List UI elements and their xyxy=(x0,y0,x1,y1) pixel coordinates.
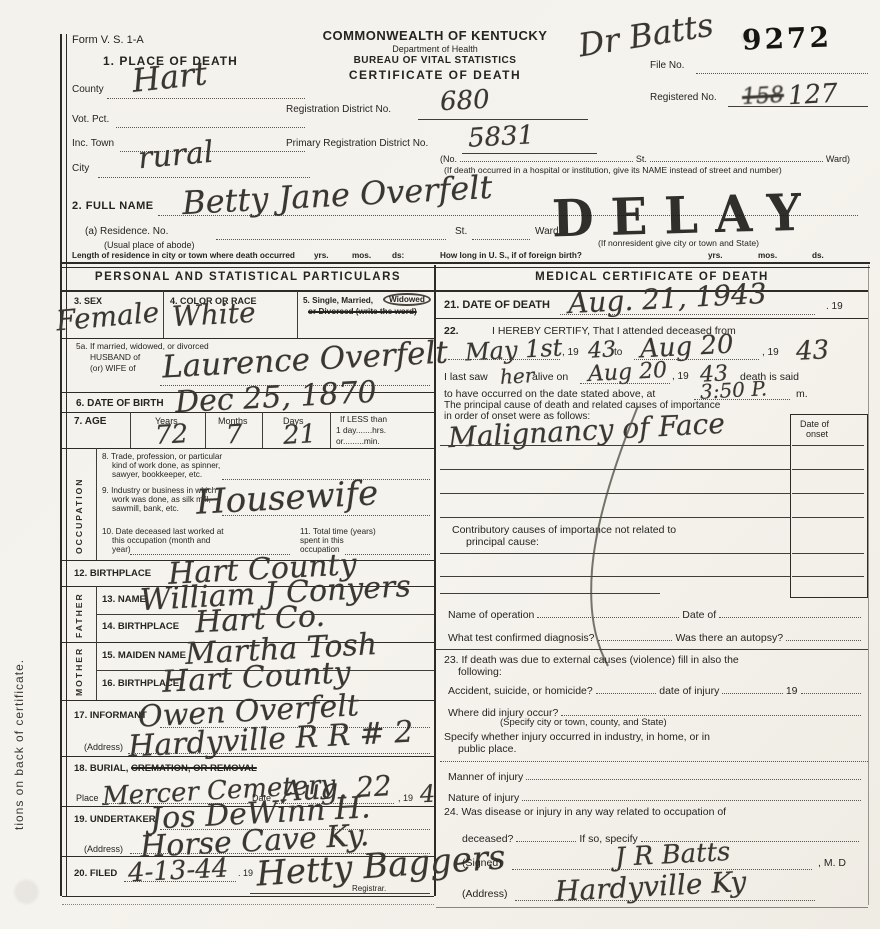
filed-label: 20. FILED xyxy=(74,868,117,879)
onset-box xyxy=(790,414,868,598)
marital-label-2: or Divorced (write the word) xyxy=(308,307,417,316)
age-label: 7. AGE xyxy=(74,416,106,427)
test-label: What test confirmed diagnosis? xyxy=(448,632,595,644)
us-yrs: yrs. xyxy=(708,251,723,260)
informant-label: 17. INFORMANT xyxy=(74,710,147,721)
q23-text-2: following: xyxy=(458,666,502,678)
husband-label-2: HUSBAND of xyxy=(90,352,140,362)
registered-no-label: Registered No. xyxy=(650,92,717,103)
residence-label: (a) Residence. No. xyxy=(85,226,168,237)
no-st-ward-row: (No. St. Ward) xyxy=(440,150,850,164)
file-no-line xyxy=(696,72,868,74)
length-residence-text: Length of residence in city or town wher… xyxy=(72,251,295,260)
dod-label: 21. DATE OF DEATH xyxy=(444,299,550,311)
form-left-border xyxy=(60,34,67,896)
color-cell-divider xyxy=(297,291,298,338)
st-label: St. xyxy=(636,154,647,164)
onset-line-2 xyxy=(792,468,864,470)
reg-district-label: Registration District No. xyxy=(286,104,391,115)
attended-to-word: to xyxy=(614,347,622,358)
onset-line-6 xyxy=(792,575,864,577)
marital-circled-widowed: Widowed xyxy=(383,293,431,306)
burial-year-value: 4 xyxy=(419,780,436,809)
hospital-note: (If death occurred in a hospital or inst… xyxy=(444,165,782,175)
lastsaw-text-1: I last saw xyxy=(444,371,488,383)
contributory-text-2: principal cause: xyxy=(466,536,539,548)
bottom-faint-rule xyxy=(436,906,868,908)
deceased-label: deceased? xyxy=(462,833,513,845)
onset-line-3 xyxy=(792,492,864,494)
occ8-line1: 8. Trade, profession, or particular xyxy=(102,452,222,461)
sex-value: Female xyxy=(55,296,161,338)
city-line xyxy=(98,176,310,178)
section-separator xyxy=(440,760,868,762)
inc-town-label: Inc. Town xyxy=(72,138,114,149)
autopsy-label: Was there an autopsy? xyxy=(675,632,783,644)
age-ifless-3: or.........min. xyxy=(336,436,380,446)
date-injury-label: date of injury xyxy=(659,685,719,697)
physician-addr-line xyxy=(515,899,815,901)
marital-label-1: 5. Single, Married, xyxy=(303,296,373,305)
county-value: Hart xyxy=(130,54,209,100)
occ8-line2: kind of work done, as spinner, xyxy=(112,461,220,470)
attended-to-year: 43 xyxy=(795,335,830,367)
dod-year-pre: . 19 xyxy=(826,301,843,312)
residence-st-label: St. xyxy=(455,226,467,237)
age-divider-2 xyxy=(205,412,206,448)
operation-label: Name of operation xyxy=(448,609,534,621)
husband-label-3: (or) WIFE of xyxy=(90,363,136,373)
no-line xyxy=(460,150,633,162)
occ9-line xyxy=(222,514,430,516)
test-line xyxy=(598,629,673,641)
occ10-line2: this occupation (month and xyxy=(112,536,210,545)
attended-from-line xyxy=(448,358,560,360)
age-years-value: 72 xyxy=(154,419,189,451)
commonwealth-block: COMMONWEALTH OF KENTUCKY Department of H… xyxy=(295,28,575,82)
specify-text-2: public place. xyxy=(458,743,516,755)
dod-bottom xyxy=(436,318,868,319)
residence-line xyxy=(216,238,446,240)
sex-cell-divider xyxy=(163,291,164,338)
primary-district-value: 5831 xyxy=(467,120,535,153)
onset-line-5 xyxy=(792,552,864,554)
accident-row: Accident, suicide, or homicide? date of … xyxy=(448,682,864,697)
informant-addr-line xyxy=(128,752,430,754)
accident-label: Accident, suicide, or homicide? xyxy=(448,685,593,697)
vot-pct-line xyxy=(116,126,305,128)
occupation-side-label: OCCUPATION xyxy=(74,458,84,554)
us-length-text: How long in U. S., if of foreign birth? xyxy=(440,251,582,260)
test-row: What test confirmed diagnosis? Was there… xyxy=(448,629,864,644)
attended-pre19a: , 19 xyxy=(562,347,579,358)
operation-line xyxy=(537,606,679,618)
undertaker-addr-label: (Address) xyxy=(84,844,123,854)
reg-district-value: 680 xyxy=(439,85,490,118)
operation-date-label: Date of xyxy=(682,609,716,621)
age-months-value: 7 xyxy=(225,420,243,451)
length-ds: ds: xyxy=(392,251,404,260)
certify-number: 22. xyxy=(444,325,459,337)
q24-text-1: 24. Was disease or injury in any way rel… xyxy=(444,806,726,818)
mother-side-label: MOTHER xyxy=(74,648,84,696)
burial-label: 18. BURIAL, CREMATION, OR REMOVAL xyxy=(74,763,257,774)
registered-no-value: 127 xyxy=(787,79,838,112)
operation-row: Name of operation Date of xyxy=(448,606,864,621)
occ11-line2: spent in this xyxy=(300,536,344,545)
onset-label-1: Date of xyxy=(800,419,829,429)
lastsaw-pronoun: her xyxy=(499,363,534,389)
nonresident-note: (If nonresident give city or town and St… xyxy=(598,238,759,248)
father-side-label: FATHER xyxy=(74,592,84,638)
age-ifless-2: 1 day.......hrs. xyxy=(336,425,386,435)
mother-name-label: 15. MAIDEN NAME xyxy=(102,650,186,661)
injury-year-line xyxy=(801,682,861,694)
age-divider-3 xyxy=(262,412,263,448)
no-label: (No. xyxy=(440,154,457,164)
autopsy-line xyxy=(786,629,861,641)
physician-addr-label: (Address) xyxy=(462,888,508,900)
specify-text-1: Specify whether injury occurred in indus… xyxy=(444,731,710,743)
certificate-number-stamp: 9272 xyxy=(741,20,832,56)
attended-from-date: May 1st xyxy=(464,333,563,366)
residence-st-line xyxy=(472,238,530,240)
personal-title-underline xyxy=(62,290,434,292)
filed-date-value: 4-13-44 xyxy=(127,853,229,888)
lastsaw-line xyxy=(580,382,670,384)
filed-year-pre: . 19 xyxy=(238,868,253,878)
age-divider-4 xyxy=(330,412,331,448)
columns-top-rule xyxy=(60,262,870,268)
nature-label: Nature of injury xyxy=(448,792,519,804)
length-mos: mos. xyxy=(352,251,371,260)
age-row-bottom xyxy=(62,448,434,449)
form-number: Form V. S. 1-A xyxy=(72,34,144,46)
operation-date-line xyxy=(719,606,861,618)
occ10-line3: year) xyxy=(112,545,131,554)
q23-text-1: 23. If death was due to external causes … xyxy=(444,654,739,666)
residence-ward-label: Ward. xyxy=(535,226,561,237)
color-value: White xyxy=(171,296,256,333)
dod-line xyxy=(560,313,815,315)
length-yrs: yrs. xyxy=(314,251,329,260)
physician-addr-value: Hardyville Ky xyxy=(554,865,747,908)
lastsaw-text-2: alive on xyxy=(532,371,568,383)
manner-label: Manner of injury xyxy=(448,771,523,783)
ward-label: Ward) xyxy=(826,154,850,164)
burial-label-kept: 18. BURIAL, xyxy=(74,763,128,774)
file-no-label: File No. xyxy=(650,60,684,71)
burial-label-struck: CREMATION, OR REMOVAL xyxy=(131,763,257,774)
occupation-strip-border xyxy=(96,448,97,560)
occ9-line3: sawmill, bank, etc. xyxy=(112,504,179,513)
registrar-line xyxy=(250,892,430,894)
manner-row: Manner of injury xyxy=(448,768,864,783)
registered-no-struck: 158 xyxy=(741,83,784,110)
full-name-label: 2. FULL NAME xyxy=(72,200,154,212)
manner-line xyxy=(526,768,861,780)
informant-addr-label: (Address) xyxy=(84,742,123,752)
margin-note: tions on back of certificate. xyxy=(12,400,26,830)
lastsaw-pre19c: , 19 xyxy=(672,371,689,382)
personal-section-title: PERSONAL AND STATISTICAL PARTICULARS xyxy=(62,271,434,283)
occurred-text-1: to have occurred on the date stated abov… xyxy=(444,388,655,400)
onset-line-4 xyxy=(792,516,864,518)
accident-line xyxy=(596,682,656,694)
left-col-bottom xyxy=(62,896,434,897)
right-outer-border xyxy=(868,265,869,905)
dob-label: 6. DATE OF BIRTH xyxy=(76,398,164,409)
injury-19: 19 xyxy=(786,685,798,697)
vot-pct-label: Vot. Pct. xyxy=(72,114,109,125)
dob-row-bottom xyxy=(62,412,434,413)
occ8-line3: sawyer, bookkeeper, etc. xyxy=(112,470,202,479)
city-value: rural xyxy=(137,135,215,176)
undertaker-label: 19. UNDERTAKER xyxy=(74,814,156,825)
abode-note: (Usual place of abode) xyxy=(104,240,195,250)
primary-district-label: Primary Registration District No. xyxy=(286,138,428,149)
age-ifless-1: If LESS than xyxy=(340,414,387,424)
commonwealth-title: COMMONWEALTH OF KENTUCKY xyxy=(295,28,575,43)
doctor-note-handwriting: Dr Batts xyxy=(576,6,716,65)
date-injury-line xyxy=(722,682,782,694)
nature-line xyxy=(522,789,861,801)
occ11-line1: 11. Total time (years) xyxy=(300,527,376,536)
age-divider-1 xyxy=(130,412,131,448)
bottom-left-dashes xyxy=(62,903,434,905)
mother-strip-border xyxy=(96,642,97,700)
medical-section-title: MEDICAL CERTIFICATE OF DEATH xyxy=(436,271,868,283)
test-row-underline xyxy=(436,648,868,650)
bureau-title: BUREAU OF VITAL STATISTICS xyxy=(295,55,575,66)
burial-place-label: Place xyxy=(76,793,99,803)
dept-of-health: Department of Health xyxy=(295,44,575,54)
birthplace-label: 12. BIRTHPLACE xyxy=(74,568,151,579)
county-label: County xyxy=(72,84,104,95)
deceased-line xyxy=(516,830,576,842)
city-label: City xyxy=(72,163,89,174)
onset-line-1 xyxy=(792,444,864,446)
reg-district-line xyxy=(418,118,588,120)
us-ds: ds. xyxy=(812,251,824,260)
st-line xyxy=(650,150,823,162)
us-mos: mos. xyxy=(758,251,777,260)
md-label: , M. D xyxy=(818,857,846,869)
attended-pre19b: , 19 xyxy=(762,347,779,358)
specify-city-note: (Specify city or town, county, and State… xyxy=(500,717,667,728)
informant-bottom xyxy=(62,756,434,757)
signed-label: (Signed) xyxy=(462,857,502,869)
father-bp-label: 14. BIRTHPLACE xyxy=(102,621,179,632)
burial-year-pre: , 19 xyxy=(398,793,413,803)
occ10-line1: 10. Date deceased last worked at xyxy=(102,527,224,536)
occurred-text-2: m. xyxy=(796,388,808,400)
nature-row: Nature of injury xyxy=(448,789,864,804)
certificate-title: CERTIFICATE OF DEATH xyxy=(295,68,575,82)
occ11-line xyxy=(345,553,430,555)
onset-label-2: onset xyxy=(806,429,828,439)
death-certificate-scan: tions on back of certificate. Form V. S.… xyxy=(0,0,880,929)
age-days-value: 21 xyxy=(282,419,317,451)
where-line xyxy=(561,704,861,716)
filed-line xyxy=(124,880,236,882)
